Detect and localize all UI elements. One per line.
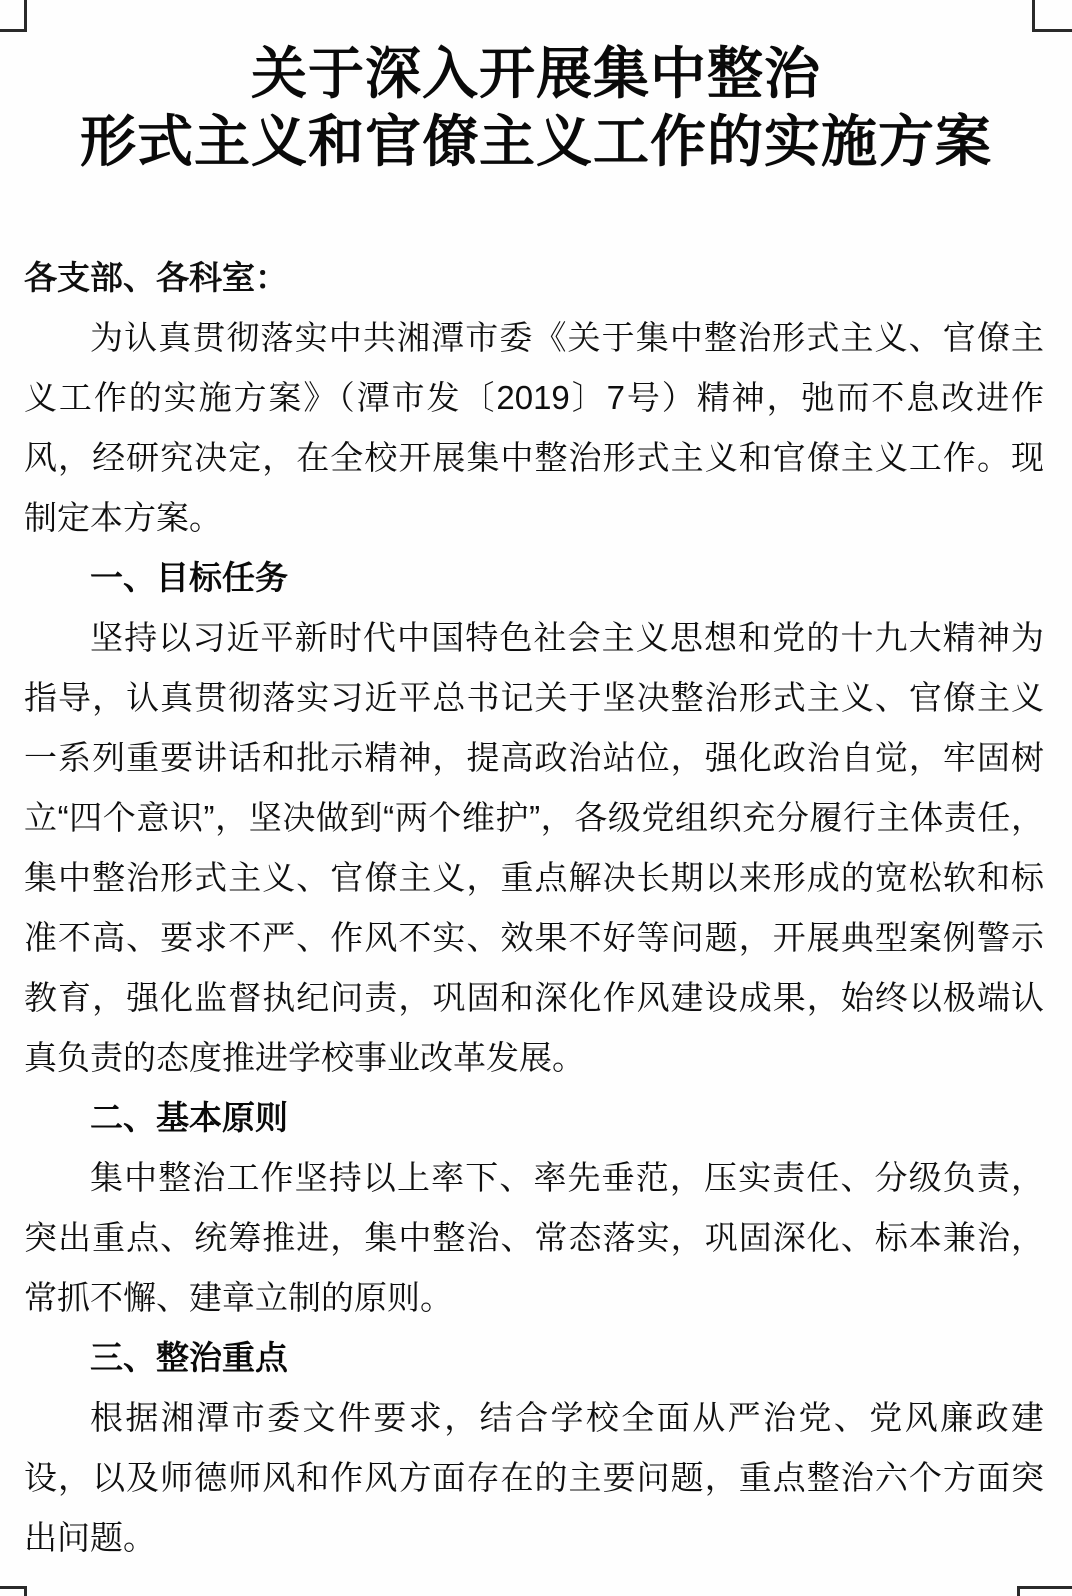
corner-mark-top-left — [0, 0, 27, 32]
document-title: 关于深入开展集中整治 形式主义和官僚主义工作的实施方案 — [0, 40, 1072, 176]
section-heading-1: 一、目标任务 — [24, 548, 1044, 608]
document-body: 各支部、各科室： 为认真贯彻落实中共湘潭市委《关于集中整治形式主义、官僚主义工作… — [24, 248, 1044, 1568]
paragraph-section-3: 根据湘潭市委文件要求，结合学校全面从严治党、党风廉政建设，以及师德师风和作风方面… — [24, 1388, 1044, 1568]
paragraph-section-1: 坚持以习近平新时代中国特色社会主义思想和党的十九大精神为指导，认真贯彻落实习近平… — [24, 608, 1044, 1088]
section-heading-2: 二、基本原则 — [24, 1088, 1044, 1148]
title-line-1: 关于深入开展集中整治 — [251, 42, 821, 105]
scanned-document-page: 关于深入开展集中整治 形式主义和官僚主义工作的实施方案 各支部、各科室： 为认真… — [0, 0, 1072, 1596]
salutation: 各支部、各科室： — [24, 248, 1044, 308]
corner-mark-bottom-right — [1017, 1586, 1072, 1596]
title-line-2: 形式主义和官僚主义工作的实施方案 — [80, 110, 992, 173]
corner-mark-bottom-left — [0, 1586, 27, 1596]
paragraph-section-2: 集中整治工作坚持以上率下、率先垂范，压实责任、分级负责，突出重点、统筹推进，集中… — [24, 1148, 1044, 1328]
section-heading-3: 三、整治重点 — [24, 1328, 1044, 1388]
paragraph-intro: 为认真贯彻落实中共湘潭市委《关于集中整治形式主义、官僚主义工作的实施方案》（潭市… — [24, 308, 1044, 548]
corner-mark-top-right — [1032, 0, 1072, 32]
